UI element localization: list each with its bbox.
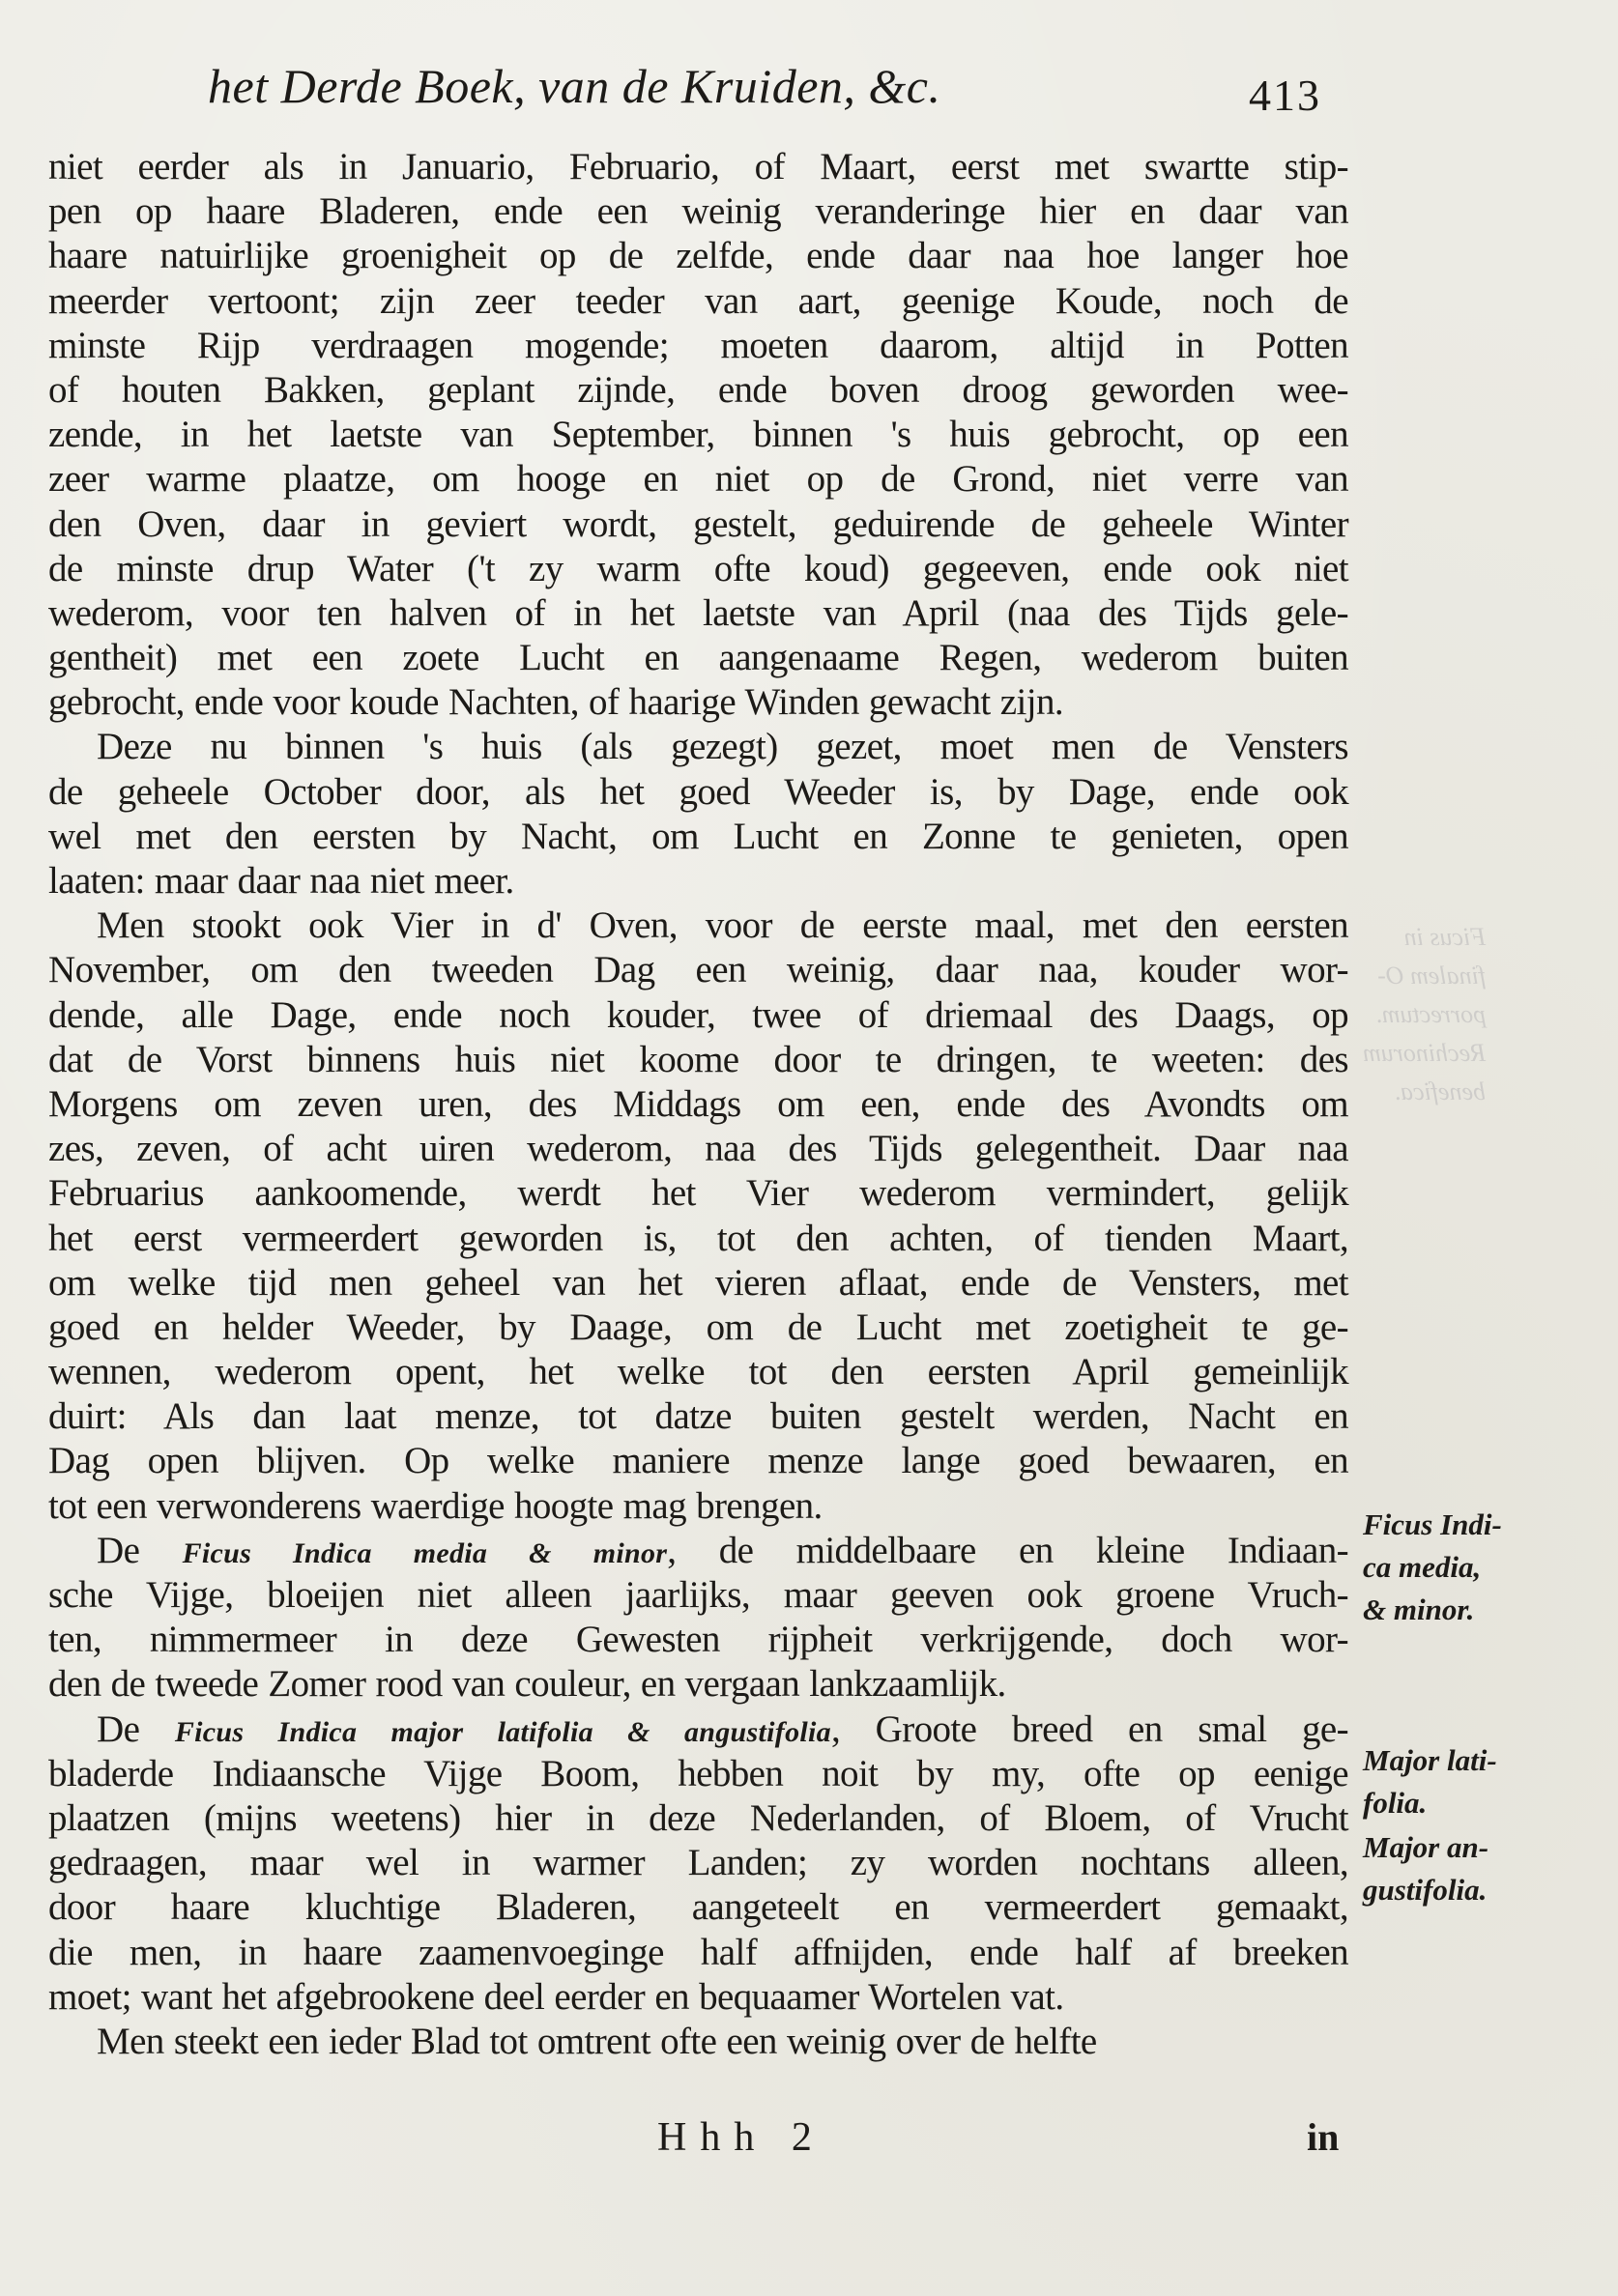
text-line: wel met den eersten by Nacht, om Lucht e… xyxy=(48,815,1348,859)
text-line: minste Rijp verdraagen mogende; moeten d… xyxy=(48,324,1348,368)
text-line: November, om den tweeden Dag een weinig,… xyxy=(48,948,1348,992)
text-line: gentheit) met een zoete Lucht en aangena… xyxy=(48,636,1348,680)
text-line: duirt: Als dan laat menze, tot datze bui… xyxy=(48,1394,1348,1439)
text-line: haare natuirlijke groenigheit op de zelf… xyxy=(48,234,1348,278)
book-page: het Derde Boek, van de Kruiden, &c. 413 … xyxy=(0,0,1618,2296)
text-line: den Oven, daar in geviert wordt, gestelt… xyxy=(48,502,1348,547)
text-line: den de tweede Zomer rood van couleur, en… xyxy=(48,1662,1348,1707)
text-line: Februarius aankoomende, werdt het Vier w… xyxy=(48,1171,1348,1216)
text-line: De Ficus Indica major latifolia & angust… xyxy=(48,1708,1348,1752)
running-title: het Derde Boek, van de Kruiden, &c. xyxy=(208,58,940,114)
text-line: Morgens om zeven uren, des Middags om ee… xyxy=(48,1082,1348,1127)
margin-note-line: Ficus Indi- xyxy=(1363,1504,1575,1546)
text-line: het eerst vermeerdert geworden is, tot d… xyxy=(48,1217,1348,1261)
text-line: meerder vertoont; zijn zeer teeder van a… xyxy=(48,279,1348,324)
text-line: dat de Vorst binnens huis niet koome doo… xyxy=(48,1038,1348,1082)
text-line: Men steekt een ieder Blad tot omtrent of… xyxy=(48,2020,1348,2064)
text-line: niet eerder als in Januario, Februario, … xyxy=(48,145,1348,189)
text-line: sche Vijge, bloeijen niet alleen jaarlij… xyxy=(48,1573,1348,1618)
text-line: ten, nimmermeer in deze Gewesten rijphei… xyxy=(48,1618,1348,1662)
signature-mark: Hhh 2 xyxy=(657,2114,825,2161)
text-line: wennen, wederom opent, het welke tot den… xyxy=(48,1350,1348,1394)
text-line: gebrocht, ende voor koude Nachten, of ha… xyxy=(48,680,1348,725)
margin-note-line: folia. xyxy=(1363,1782,1575,1824)
text-line: de geheele October door, als het goed We… xyxy=(48,770,1348,815)
text-line: zes, zeven, of acht uiren wederom, naa d… xyxy=(48,1127,1348,1171)
margin-note-major-angustifolia: Major an-gustifolia. xyxy=(1363,1826,1575,1911)
text-line: bladerde Indiaansche Vijge Boom, hebben … xyxy=(48,1752,1348,1796)
latin-name: Ficus Indica media & minor xyxy=(183,1537,668,1569)
body-text: niet eerder als in Januario, Februario, … xyxy=(48,145,1348,2064)
margin-note-ficus-media-minor: Ficus Indi-ca media,& minor. xyxy=(1363,1504,1575,1631)
text-line: Deze nu binnen 's huis (als gezegt) geze… xyxy=(48,725,1348,769)
text-line: pen op haare Bladeren, ende een weinig v… xyxy=(48,189,1348,234)
catchword: in xyxy=(1307,2114,1339,2160)
text-line: Dag open blijven. Op welke maniere menze… xyxy=(48,1439,1348,1483)
text-line: die men, in haare zaamenvoeginge half af… xyxy=(48,1931,1348,1975)
text-line: De Ficus Indica media & minor, de middel… xyxy=(48,1529,1348,1573)
margin-note-line: gustifolia. xyxy=(1363,1869,1575,1911)
show-through-text: Ficus in finalem O- porrectum. Rechinoru… xyxy=(1363,918,1486,1111)
text-line: Men stookt ook Vier in d' Oven, voor de … xyxy=(48,904,1348,948)
text-line: laaten: maar daar naa niet meer. xyxy=(48,859,1348,904)
text-line: moet; want het afgebrookene deel eerder … xyxy=(48,1975,1348,2020)
margin-note-line: & minor. xyxy=(1363,1589,1575,1631)
text-line: dende, alle Dage, ende noch kouder, twee… xyxy=(48,993,1348,1038)
margin-note-major-latifolia: Major lati-folia. xyxy=(1363,1739,1575,1824)
text-line: wederom, voor ten halven of in het laets… xyxy=(48,591,1348,636)
text-line: de minste drup Water ('t zy warm ofte ko… xyxy=(48,547,1348,591)
text-line: om welke tijd men geheel van het vieren … xyxy=(48,1261,1348,1306)
page-number: 413 xyxy=(1249,70,1321,121)
text-line: zeer warme plaatze, om hooge en niet op … xyxy=(48,457,1348,502)
text-line: gedraagen, maar wel in warmer Landen; zy… xyxy=(48,1841,1348,1885)
margin-note-line: Major an- xyxy=(1363,1826,1575,1869)
text-line: door haare kluchtige Bladeren, aangeteel… xyxy=(48,1885,1348,1930)
latin-name: Ficus Indica major latifolia & angustifo… xyxy=(175,1716,831,1748)
text-line: of houten Bakken, geplant zijnde, ende b… xyxy=(48,368,1348,413)
margin-note-line: ca media, xyxy=(1363,1546,1575,1589)
text-line: tot een verwonderens waerdige hoogte mag… xyxy=(48,1484,1348,1529)
text-line: zende, in het laetste van September, bin… xyxy=(48,413,1348,457)
text-line: plaatzen (mijns weetens) hier in deze Ne… xyxy=(48,1796,1348,1841)
margin-note-line: Major lati- xyxy=(1363,1739,1575,1782)
text-line: goed en helder Weeder, by Daage, om de L… xyxy=(48,1306,1348,1350)
